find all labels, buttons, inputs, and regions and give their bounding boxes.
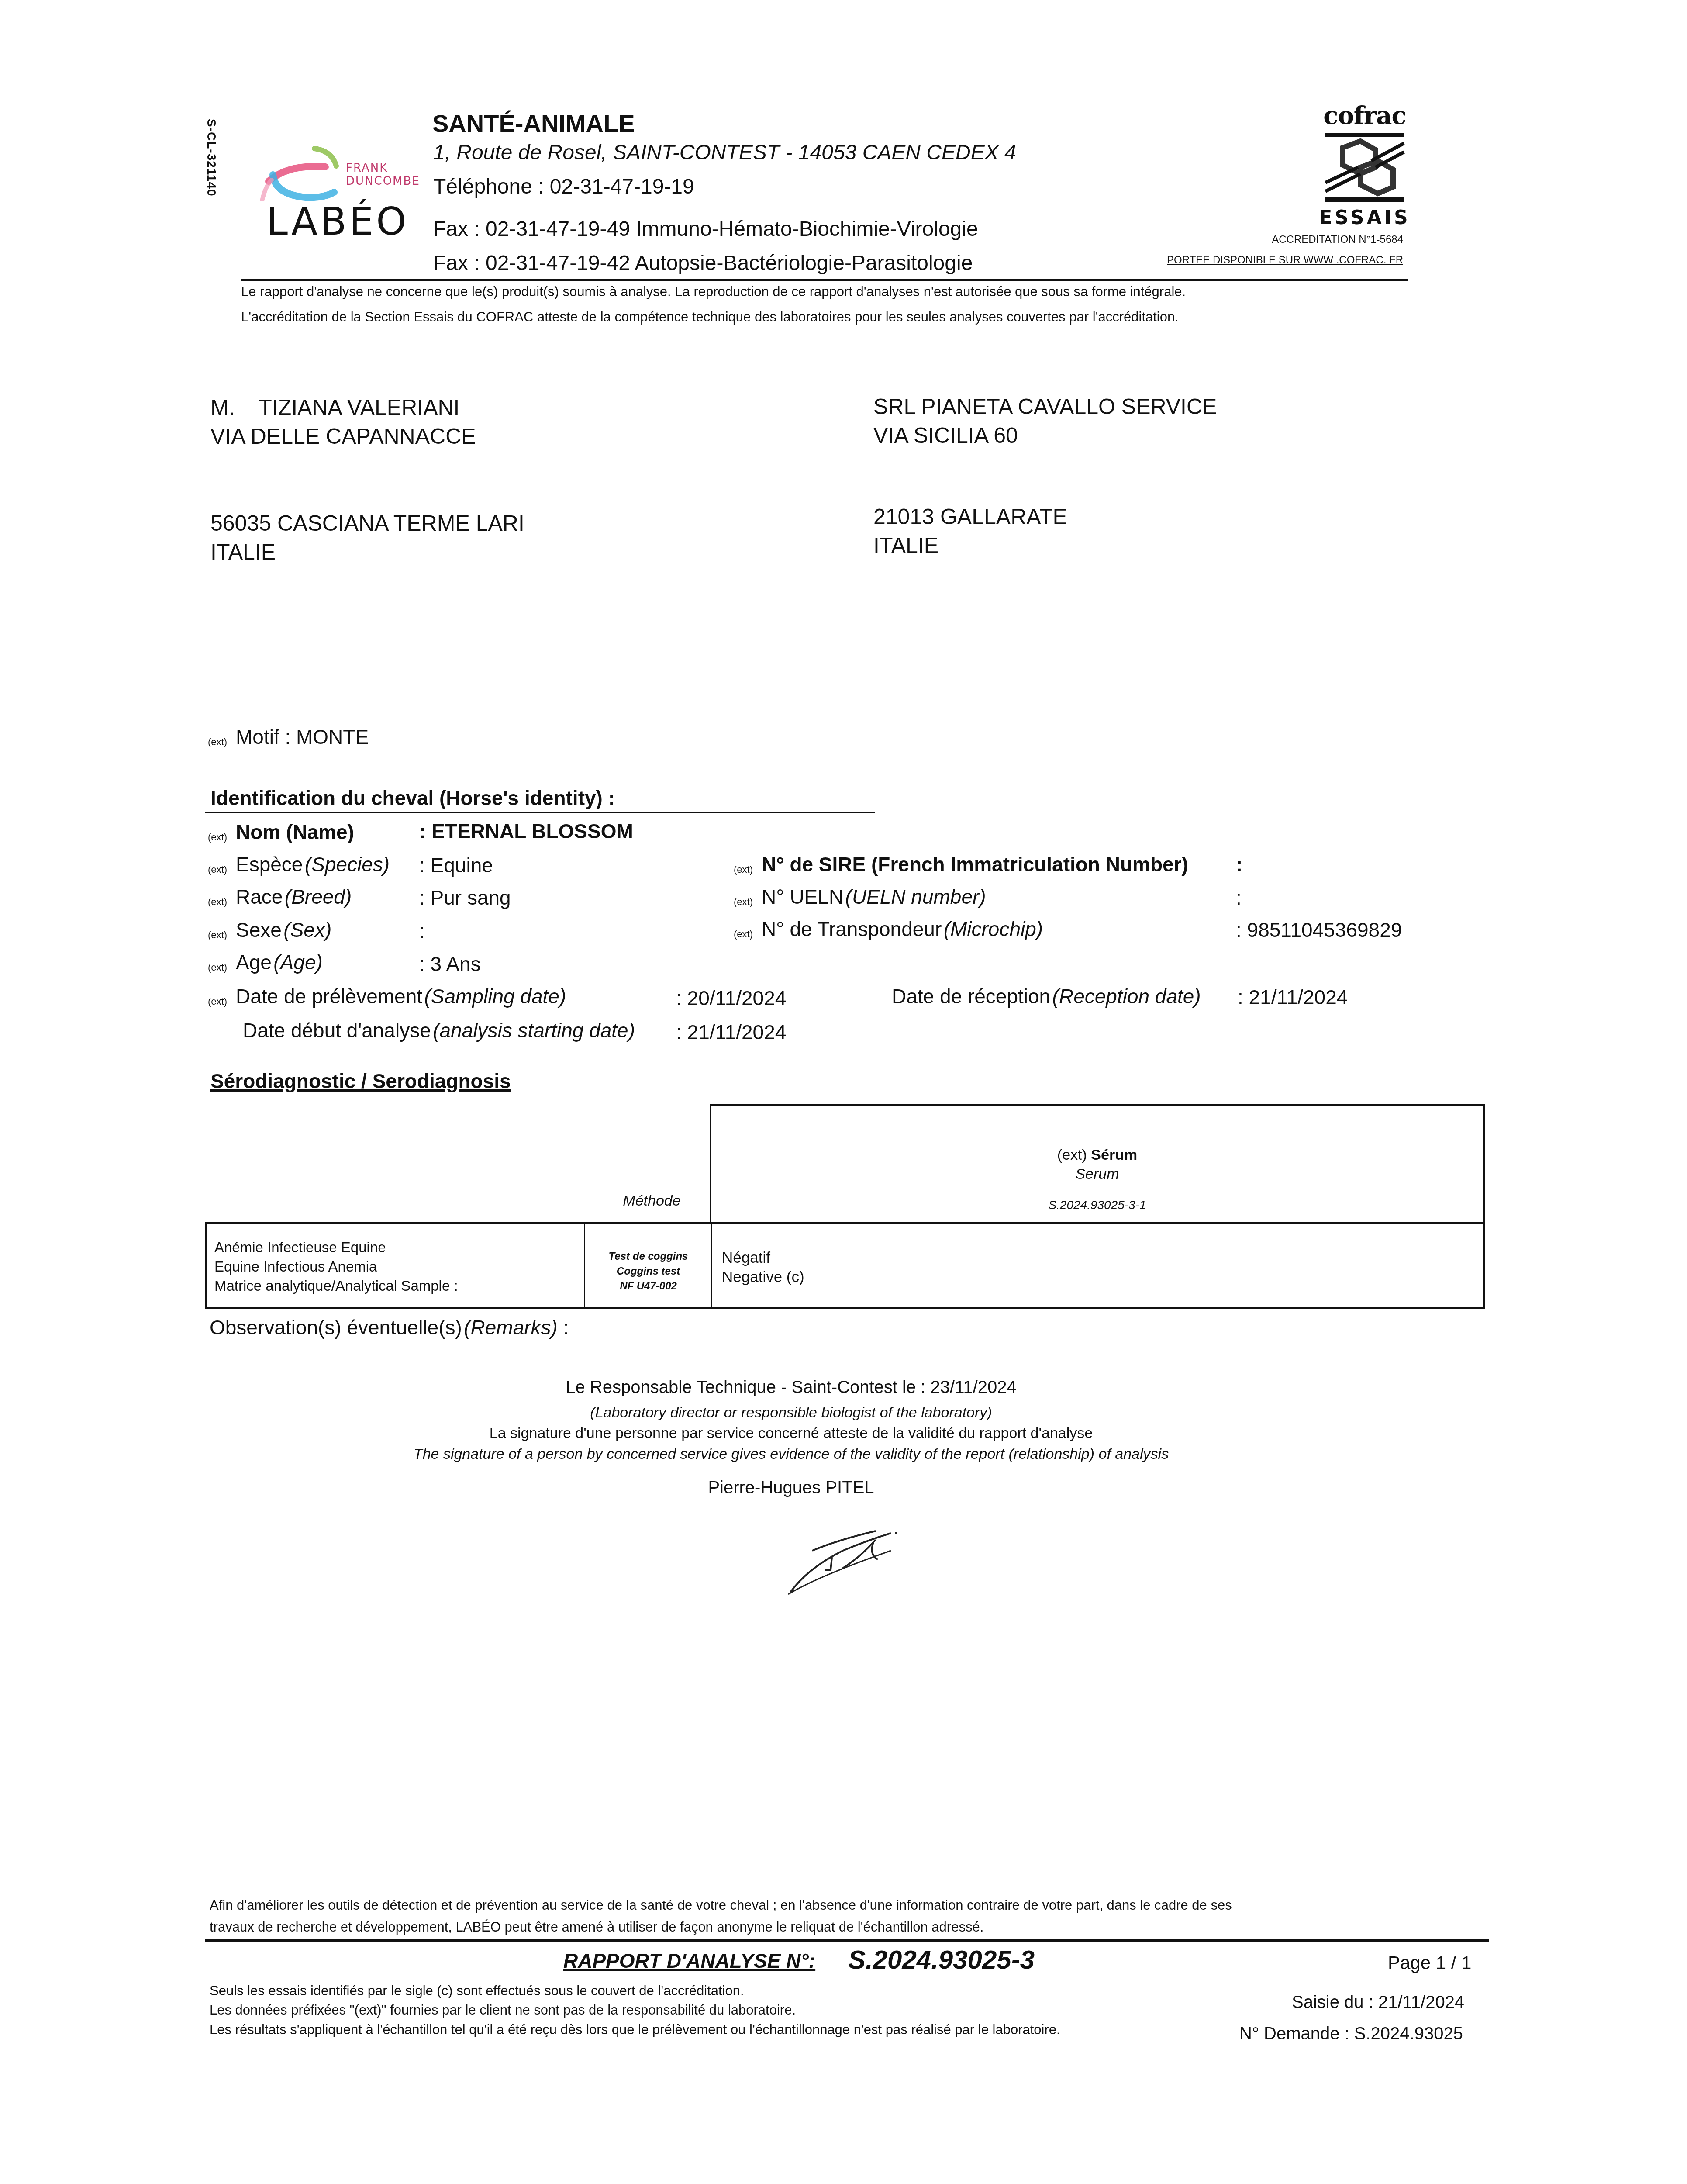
- recipient-left: M. TIZIANA VALERIANI VIA DELLE CAPANNACC…: [210, 393, 476, 451]
- ueln-label: (ext)N° UELN (UELN number): [734, 885, 986, 909]
- footer-notice-2: travaux de recherche et développement, L…: [210, 1918, 983, 1936]
- disclaimer-1: Le rapport d'analyse ne concerne que le(…: [241, 284, 1186, 300]
- method-value: Test de coggins Coggins test NF U47-002: [586, 1249, 711, 1294]
- identity-heading: Identification du cheval (Horse's identi…: [210, 786, 615, 810]
- remarks-label: Observation(s) éventuelle(s) (Remarks) :: [210, 1316, 569, 1339]
- sire-value: :: [1236, 853, 1242, 876]
- sampling-date-value: : 20/11/2024: [676, 986, 786, 1010]
- sex-value: :: [419, 919, 425, 943]
- handwritten-signature-icon: [782, 1507, 921, 1603]
- horse-name-value: : ETERNAL BLOSSOM: [419, 819, 633, 843]
- microchip-label: (ext)N° de Transpondeur (Microchip): [734, 917, 1043, 941]
- cofrac-hexagon-icon: [1319, 130, 1411, 204]
- entry-date: Saisie du : 21/11/2024: [1292, 1993, 1464, 2012]
- breed-value: : Pur sang: [419, 886, 511, 909]
- sex-label: (ext)Sexe (Sex): [208, 918, 331, 942]
- reception-date-label: Date de réception (Reception date): [892, 985, 1201, 1008]
- identity-underline: [205, 812, 875, 813]
- footer-notice-1: Afin d'améliorer les outils de détection…: [210, 1896, 1232, 1914]
- lab-telephone: Téléphone : 02-31-47-19-19: [433, 175, 694, 199]
- results-table: (ext) Sérum Serum S.2024.93025-3-1 Métho…: [205, 1104, 1485, 1309]
- horse-name-label: (ext)Nom (Name): [208, 820, 354, 844]
- request-number: N° Demande : S.2024.93025: [1239, 2024, 1463, 2044]
- cofrac-link[interactable]: PORTEE DISPONIBLE SUR WWW .COFRAC. FR: [1167, 254, 1403, 266]
- footer-divider: [205, 1939, 1489, 1942]
- logo-subtitle: FRANK DUNCOMBE: [346, 162, 420, 188]
- breed-label: (ext)Race (Breed): [208, 885, 352, 909]
- result-value: Négatif Negative (c): [722, 1248, 804, 1287]
- sample-header-cell: (ext) Sérum Serum S.2024.93025-3-1: [710, 1104, 1485, 1222]
- species-value: : Equine: [419, 854, 493, 877]
- lab-address: 1, Route de Rosel, SAINT-CONTEST - 14053…: [433, 141, 1016, 165]
- serodiagnosis-heading: Sérodiagnostic / Serodiagnosis: [210, 1069, 511, 1093]
- signature-title: Le Responsable Technique - Saint-Contest…: [0, 1378, 1635, 1397]
- lab-fax-1: Fax : 02-31-47-19-49 Immuno-Hémato-Bioch…: [433, 217, 978, 241]
- recipient-right-city: 21013 GALLARATE ITALIE: [873, 502, 1067, 560]
- table-row: Anémie Infectieuse Equine Equine Infecti…: [205, 1222, 1485, 1309]
- age-value: : 3 Ans: [419, 952, 481, 976]
- motif: (ext)Motif : MONTE: [208, 725, 369, 749]
- labeo-logo: FRANK DUNCOMBE LABÉO: [249, 140, 424, 249]
- analysis-start-label: Date début d'analyse (analysis starting …: [243, 1019, 635, 1042]
- age-label: (ext)Age (Age): [208, 950, 323, 974]
- page-number: Page 1 / 1: [1388, 1952, 1471, 1973]
- signature-title-en: (Laboratory director or responsible biol…: [0, 1404, 1635, 1421]
- signatory-name: Pierre-Hugues PITEL: [0, 1478, 1635, 1498]
- report-number: S.2024.93025-3: [848, 1945, 1035, 1975]
- report-number-label: RAPPORT D'ANALYSE N°:: [563, 1949, 815, 1973]
- method-header: Méthode: [596, 1191, 707, 1210]
- analysis-name: Anémie Infectieuse Equine Equine Infecti…: [214, 1238, 458, 1296]
- footer-note-2: Les données préfixées "(ext)" fournies p…: [210, 2001, 796, 2019]
- document-id: S-CL-321140: [204, 119, 218, 197]
- lab-title: SANTÉ-ANIMALE: [432, 109, 635, 138]
- analysis-start-value: : 21/11/2024: [676, 1020, 786, 1044]
- species-label: (ext)Espèce (Species): [208, 853, 390, 876]
- swoosh-icon: [249, 140, 349, 201]
- recipient-left-city: 56035 CASCIANA TERME LARI ITALIE: [210, 509, 524, 567]
- logo-brand: LABÉO: [266, 199, 409, 244]
- microchip-value: : 98511045369829: [1236, 918, 1402, 942]
- recipient-right: SRL PIANETA CAVALLO SERVICE VIA SICILIA …: [873, 392, 1217, 450]
- header-divider: [241, 279, 1408, 281]
- reception-date-value: : 21/11/2024: [1238, 985, 1348, 1009]
- disclaimer-2: L'accréditation de la Section Essais du …: [241, 309, 1179, 325]
- sample-id: S.2024.93025-3-1: [711, 1198, 1483, 1213]
- accreditation-number: ACCREDITATION N°1-5684: [1272, 234, 1403, 246]
- footer-note-3: Les résultats s'appliquent à l'échantill…: [210, 2020, 1060, 2039]
- signature-note: La signature d'une personne par service …: [0, 1425, 1635, 1442]
- footer-note-1: Seuls les essais identifiés par le sigle…: [210, 1981, 744, 2000]
- sampling-date-label: (ext)Date de prélèvement (Sampling date): [208, 985, 566, 1008]
- signature-note-en: The signature of a person by concerned s…: [0, 1446, 1635, 1463]
- ueln-value: :: [1236, 886, 1242, 909]
- lab-fax-2: Fax : 02-31-47-19-42 Autopsie-Bactériolo…: [433, 251, 973, 275]
- cofrac-logo: cofrac ESSAIS: [1319, 101, 1411, 229]
- sire-label: (ext)N° de SIRE (French Immatriculation …: [734, 853, 1188, 876]
